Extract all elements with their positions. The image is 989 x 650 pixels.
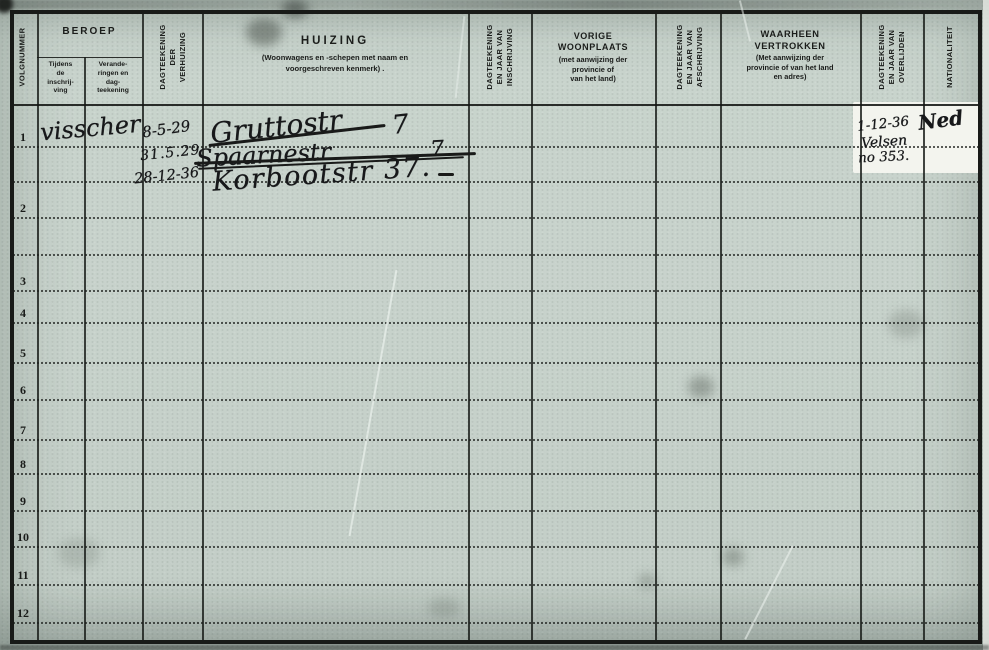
header-waarheen-vertrokken-title: WAARHEEN VERTROKKEN [720, 29, 860, 52]
header-beroep-sub-veranderingen: Verande- ringen en dag- teekening [84, 61, 142, 96]
column-line [84, 57, 86, 641]
header-dagteekening-inschrijving: DAGTEEKENING EN JAAR VAN INSCHRIJVING [485, 15, 513, 99]
row-number: 9 [10, 494, 36, 509]
row-number: 12 [10, 606, 36, 621]
entry-huizing-address-1-number: 7 [390, 109, 410, 141]
row-rule [13, 622, 979, 624]
scan-right-edge [983, 0, 989, 650]
row-rule [13, 322, 979, 324]
scan-paper: VOLGNUMMER BEROEP Tijdens de inschrij- v… [0, 0, 989, 650]
header-waarheen-vertrokken-subtitle: (Met aanwijzing der provincie of van het… [720, 53, 860, 82]
row-number: 11 [10, 568, 36, 583]
row-number: 5 [10, 346, 36, 361]
entry-overlijden-number: no 353. [858, 148, 910, 167]
header-vorige-woonplaats-subtitle: (met aanwijzing der provincie of van het… [531, 55, 655, 84]
row-number: 1 [10, 130, 36, 145]
header-volgnummer: VOLGNUMMER [18, 15, 30, 100]
row-rule [13, 473, 979, 475]
header-dagteekening-overlijden: DAGTEEKENING EN JAAR VAN OVERLIJDEN [877, 15, 905, 99]
header-vorige-woonplaats-title: VORIGE WOONPLAATS [531, 31, 655, 54]
header-bottom-rule [13, 104, 979, 106]
row-number: 4 [10, 306, 36, 321]
row-rule [13, 584, 979, 586]
entry-beroep-occupation: visscher [39, 110, 142, 147]
header-nationaliteit: NATIONALITEIT [945, 15, 957, 99]
row-rule [13, 217, 979, 219]
row-number: 3 [10, 274, 36, 289]
header-beroep-title: BEROEP [37, 26, 142, 37]
beroep-subdivider [37, 57, 142, 58]
row-rule [13, 546, 979, 548]
row-rule [13, 399, 979, 401]
register-table: VOLGNUMMER BEROEP Tijdens de inschrij- v… [10, 10, 982, 644]
header-beroep-sub-tijdens: Tijdens de inschrij- ving [37, 61, 84, 96]
header-huizing-subtitle: (Woonwagens en -schepen met naam en voor… [202, 53, 468, 74]
row-rule [13, 362, 979, 364]
scan-top-smudge [0, 0, 989, 9]
strike-line [438, 173, 454, 176]
header-dagteekening-afschrijving: DAGTEEKENING EN JAAR VAN AFSCHRIJVING [675, 15, 703, 99]
row-rule [13, 439, 979, 441]
row-rule [13, 510, 979, 512]
row-rule [13, 290, 979, 292]
row-number: 8 [10, 457, 36, 472]
row-number: 10 [10, 530, 36, 545]
scan-bottom-edge [0, 645, 989, 650]
row-rule [13, 254, 979, 256]
row-number: 7 [10, 423, 36, 438]
row-number: 2 [10, 201, 36, 216]
entry-verhuizing-date-1: 8-5-29 [141, 117, 191, 142]
row-number: 6 [10, 383, 36, 398]
header-huizing-title: HUIZING [202, 35, 468, 47]
header-dagteekening-verhuizing: DAGTEEKENING DER VERHUIZING [158, 15, 186, 99]
